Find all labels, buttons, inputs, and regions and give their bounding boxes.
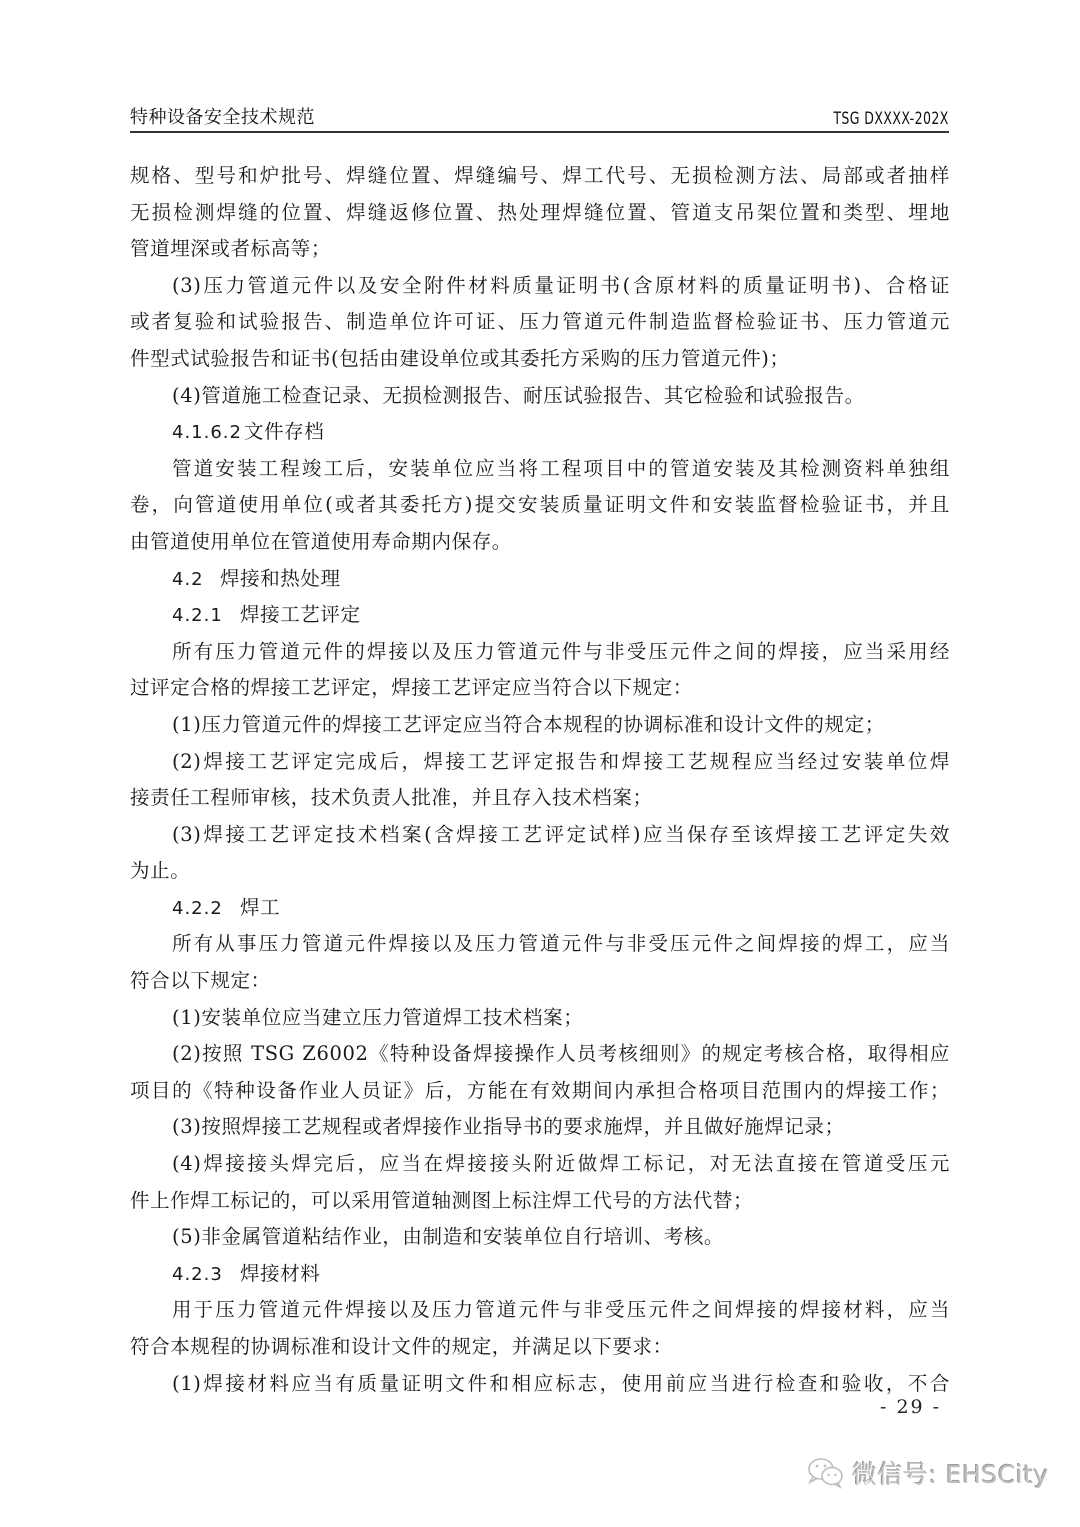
section-heading-4-2-3: 4.2.3焊接材料	[130, 1256, 950, 1293]
body-line: 无损检测焊缝的位置、焊缝返修位置、热处理焊缝位置、管道支吊架位置和类型、埋地	[130, 195, 950, 232]
body-line: 符合本规程的协调标准和设计文件的规定，并满足以下要求：	[130, 1329, 950, 1366]
body-line: 所有压力管道元件的焊接以及压力管道元件与非受压元件之间的焊接，应当采用经	[130, 634, 950, 671]
section-title: 文件存档	[244, 420, 324, 443]
document-body: 规格、型号和炉批号、焊缝位置、焊缝编号、焊工代号、无损检测方法、局部或者抽样 无…	[130, 158, 950, 1402]
section-title: 焊接材料	[240, 1262, 320, 1285]
body-line: 过评定合格的焊接工艺评定，焊接工艺评定应当符合以下规定：	[130, 670, 950, 707]
list-item-2: (2)焊接工艺评定完成后，焊接工艺评定报告和焊接工艺规程应当经过安装单位焊	[130, 744, 950, 781]
list-item-4: (4)管道施工检查记录、无损检测报告、耐压试验报告、其它检验和试验报告。	[130, 378, 950, 415]
body-line: 符合以下规定：	[130, 963, 950, 1000]
section-title: 焊接和热处理	[220, 567, 341, 590]
body-line: 项目的《特种设备作业人员证》后，方能在有效期间内承担合格项目范围内的焊接工作；	[130, 1073, 950, 1110]
section-title: 焊接工艺评定	[240, 603, 361, 626]
list-item-3: (3)焊接工艺评定技术档案(含焊接工艺评定试样)应当保存至该焊接工艺评定失效	[130, 817, 950, 854]
page-number: - 29 -	[880, 1396, 941, 1418]
list-item-2: (2)按照 TSG Z6002《特种设备焊接操作人员考核细则》的规定考核合格，取…	[130, 1036, 950, 1073]
body-line: 件上作焊工标记的，可以采用管道轴测图上标注焊工代号的方法代替；	[130, 1183, 950, 1220]
document-series-title: 特种设备安全技术规范	[130, 103, 315, 129]
body-line: 接责任工程师审核，技术负责人批准，并且存入技术档案；	[130, 780, 950, 817]
page-header: 特种设备安全技术规范 TSG DXXXX-202X	[130, 101, 949, 133]
list-item-3: (3)按照焊接工艺规程或者焊接作业指导书的要求施焊，并且做好施焊记录；	[130, 1109, 950, 1146]
list-item-1: (1)压力管道元件的焊接工艺评定应当符合本规程的协调标准和设计文件的规定；	[130, 707, 950, 744]
section-title: 焊工	[240, 896, 280, 919]
body-line: 管道安装工程竣工后，安装单位应当将工程项目中的管道安装及其检测资料单独组	[130, 451, 950, 488]
section-number: 4.1.6.2	[172, 415, 242, 452]
body-line: 卷，向管道使用单位(或者其委托方)提交安装质量证明文件和安装监督检验证书，并且	[130, 487, 950, 524]
document-code: TSG DXXXX-202X	[834, 109, 949, 129]
section-heading-4-1-6-2: 4.1.6.2文件存档	[130, 414, 950, 451]
section-heading-4-2-2: 4.2.2焊工	[130, 890, 950, 927]
watermark-text: 微信号: EHSCity	[852, 1455, 1049, 1491]
list-item-4: (4)焊接接头焊完后，应当在焊接接头附近做焊工标记，对无法直接在管道受压元	[130, 1146, 950, 1183]
list-item-3: (3)压力管道元件以及安全附件材料质量证明书(含原材料的质量证明书)、合格证	[130, 268, 950, 305]
body-line: 件型式试验报告和证书(包括由建设单位或其委托方采购的压力管道元件)；	[130, 341, 950, 378]
watermark: 微信号: EHSCity	[806, 1455, 1049, 1491]
section-number: 4.2	[172, 562, 220, 599]
wechat-icon	[806, 1456, 846, 1490]
section-number: 4.2.2	[172, 891, 240, 928]
list-item-5: (5)非金属管道粘结作业，由制造和安装单位自行培训、考核。	[130, 1219, 950, 1256]
list-item-1: (1)安装单位应当建立压力管道焊工技术档案；	[130, 1000, 950, 1037]
body-line: 为止。	[130, 853, 950, 890]
section-number: 4.2.1	[172, 598, 240, 635]
body-line: 所有从事压力管道元件焊接以及压力管道元件与非受压元件之间焊接的焊工，应当	[130, 926, 950, 963]
body-line: 或者复验和试验报告、制造单位许可证、压力管道元件制造监督检验证书、压力管道元	[130, 304, 950, 341]
body-line: 由管道使用单位在管道使用寿命期内保存。	[130, 524, 950, 561]
section-number: 4.2.3	[172, 1257, 240, 1294]
body-line: 规格、型号和炉批号、焊缝位置、焊缝编号、焊工代号、无损检测方法、局部或者抽样	[130, 158, 950, 195]
body-line: 管道埋深或者标高等；	[130, 231, 950, 268]
section-heading-4-2-1: 4.2.1焊接工艺评定	[130, 597, 950, 634]
body-line: 用于压力管道元件焊接以及压力管道元件与非受压元件之间焊接的焊接材料，应当	[130, 1292, 950, 1329]
section-heading-4-2: 4.2焊接和热处理	[130, 561, 950, 598]
list-item-1: (1)焊接材料应当有质量证明文件和相应标志，使用前应当进行检查和验收，不合	[130, 1366, 950, 1403]
